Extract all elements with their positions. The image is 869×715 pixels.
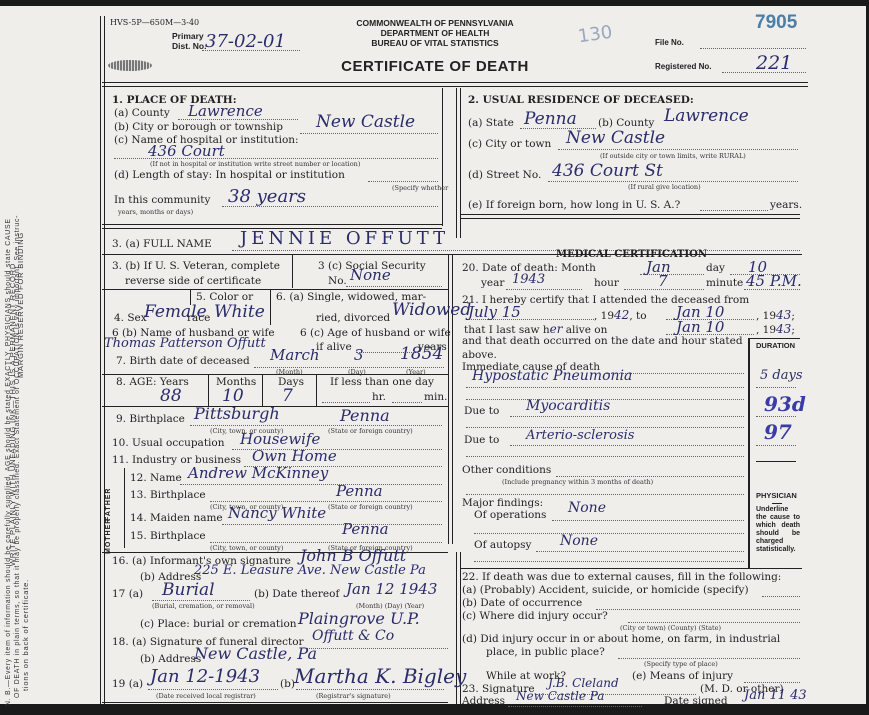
ssn-value[interactable]: None	[350, 266, 391, 284]
death-hospital-value[interactable]: 436 Court	[148, 142, 225, 160]
external-a-field[interactable]	[762, 596, 800, 597]
death-city-value[interactable]: New Castle	[316, 112, 415, 132]
birthplace-state-value[interactable]: Penna	[340, 406, 390, 425]
external-c-field[interactable]	[628, 622, 800, 623]
father-birthplace-value[interactable]: Penna	[336, 482, 383, 500]
residence-state-value[interactable]: Penna	[524, 109, 577, 129]
foreign-years-field[interactable]	[700, 210, 768, 211]
medical-heading: MEDICAL CERTIFICATION	[556, 249, 707, 260]
birthplace-city-value[interactable]: Pittsburgh	[194, 404, 280, 423]
form-code: HVS-5P—650M—3-40	[110, 18, 199, 27]
operations-value[interactable]: None	[568, 500, 606, 516]
last-saw-pronoun[interactable]: er	[550, 322, 563, 336]
funeral-address-value[interactable]: New Castle, Pa	[194, 644, 317, 663]
father-label: FATHER	[105, 488, 112, 521]
agency-block: COMMONWEALTH OF PENNSYLVANIA DEPARTMENT …	[330, 18, 540, 48]
age-months-value[interactable]: 10	[222, 386, 244, 406]
page-title: CERTIFICATE OF DEATH	[330, 58, 540, 75]
marital-value[interactable]: Widowed	[392, 300, 471, 320]
residence-street-value[interactable]: 436 Court St	[552, 161, 663, 181]
residence-county-value[interactable]: Lawrence	[664, 106, 749, 126]
external-d-field[interactable]	[618, 658, 800, 659]
age-days-value[interactable]: 7	[282, 386, 293, 406]
death-county-value[interactable]: Lawrence	[188, 102, 263, 120]
date-signed-value[interactable]: Jan 11 43	[744, 688, 807, 703]
death-certificate: MARGIN RESERVED FOR BINDING WRITE PLAINL…	[0, 6, 866, 704]
informant-address[interactable]: 225 E. Leasure Ave. New Castle Pa	[194, 563, 426, 578]
spouse-name-value[interactable]: Thomas Patterson Offutt	[104, 336, 266, 351]
last-saw-date[interactable]: Jan 10	[676, 318, 724, 336]
birth-month-value[interactable]: March	[270, 346, 320, 364]
due-to-1-value[interactable]: Myocarditis	[526, 398, 610, 414]
attended-from-year[interactable]: 42	[614, 308, 629, 322]
burial-date-value[interactable]: Jan 12 1943	[346, 580, 437, 598]
age-years-value[interactable]: 88	[160, 386, 182, 406]
due-to-1-code[interactable]: 93d	[764, 392, 806, 416]
death-hour-value[interactable]: 7	[658, 272, 668, 290]
file-no-label: File No.	[655, 38, 684, 47]
other-conditions-field[interactable]	[556, 476, 744, 477]
autopsy-value[interactable]: None	[560, 533, 598, 549]
physician-note: Underline the cause to which death shoul…	[756, 506, 800, 554]
full-name-value[interactable]: JENNIE OFFUTT	[240, 228, 449, 249]
due-to-2-value[interactable]: Arterio-sclerosis	[526, 428, 634, 443]
file-no-field[interactable]	[700, 48, 806, 49]
residence-city-value[interactable]: New Castle	[566, 128, 665, 148]
registrar-date-value[interactable]: Jan 12-1943	[150, 666, 260, 687]
mother-name-value[interactable]: Nancy White	[228, 504, 326, 522]
registered-no-value[interactable]: 221	[756, 52, 792, 74]
primary-dist-label: PrimaryDist. No.	[172, 31, 206, 51]
hours-field[interactable]	[322, 402, 370, 403]
death-year-value[interactable]: 1943	[512, 272, 545, 287]
birth-year-value[interactable]: 1854	[400, 344, 443, 364]
duration-heading: DURATION	[756, 341, 795, 350]
minutes-field[interactable]	[392, 402, 422, 403]
instructions-line-2: OF DEATH in plain terms, so that it may …	[12, 215, 21, 698]
registrar-signature[interactable]: Martha K. Bigley	[294, 664, 466, 688]
primary-dist-value: 37-02-01	[205, 31, 286, 52]
instructions-line-1: N. B.—Every item of information should b…	[3, 218, 12, 706]
burial-place-value[interactable]: Plaingrove U.P.	[298, 609, 420, 628]
due-to-2-code[interactable]: 97	[764, 420, 792, 444]
pencil-note: 130	[577, 22, 614, 48]
registered-no-label: Registered No.	[655, 62, 711, 71]
stay-field[interactable]	[368, 181, 438, 182]
immediate-cause-value[interactable]: Hypostatic Pneumonia	[472, 368, 632, 384]
union-label-icon	[108, 60, 152, 71]
immediate-duration-value[interactable]: 5 days	[760, 368, 803, 383]
funeral-director-value[interactable]: Offutt & Co	[312, 628, 394, 644]
instructions-line-3: tions on back of certificate.	[21, 579, 30, 691]
stamp-number: 7905	[755, 12, 797, 34]
residence-heading: 2. USUAL RESIDENCE OF DECEASED:	[468, 94, 694, 106]
death-minute-value[interactable]: 45 P.M.	[746, 272, 802, 290]
occupation-value[interactable]: Housewife	[240, 430, 320, 448]
disposition-value[interactable]: Burial	[162, 580, 215, 600]
attended-to-year[interactable]: 43	[776, 308, 791, 322]
mother-birthplace-value[interactable]: Penna	[342, 520, 389, 538]
race-value[interactable]: White	[214, 302, 265, 322]
physician-signature[interactable]: J.B. Cleland	[548, 676, 619, 690]
attended-from-value[interactable]: July 15	[468, 303, 521, 321]
birth-day-value[interactable]: 3	[354, 346, 364, 364]
last-saw-year[interactable]: 43	[776, 322, 791, 336]
mother-label: MOTHER	[105, 518, 112, 554]
community-value[interactable]: 38 years	[228, 186, 306, 207]
industry-value[interactable]: Own Home	[252, 447, 337, 465]
father-name-value[interactable]: Andrew McKinney	[188, 464, 328, 482]
external-b-field[interactable]	[596, 609, 800, 610]
frame-left	[100, 16, 105, 704]
physician-heading: PHYSICIAN	[756, 491, 797, 500]
physician-address[interactable]: New Castle Pa	[516, 689, 604, 703]
header-rule	[102, 82, 808, 87]
